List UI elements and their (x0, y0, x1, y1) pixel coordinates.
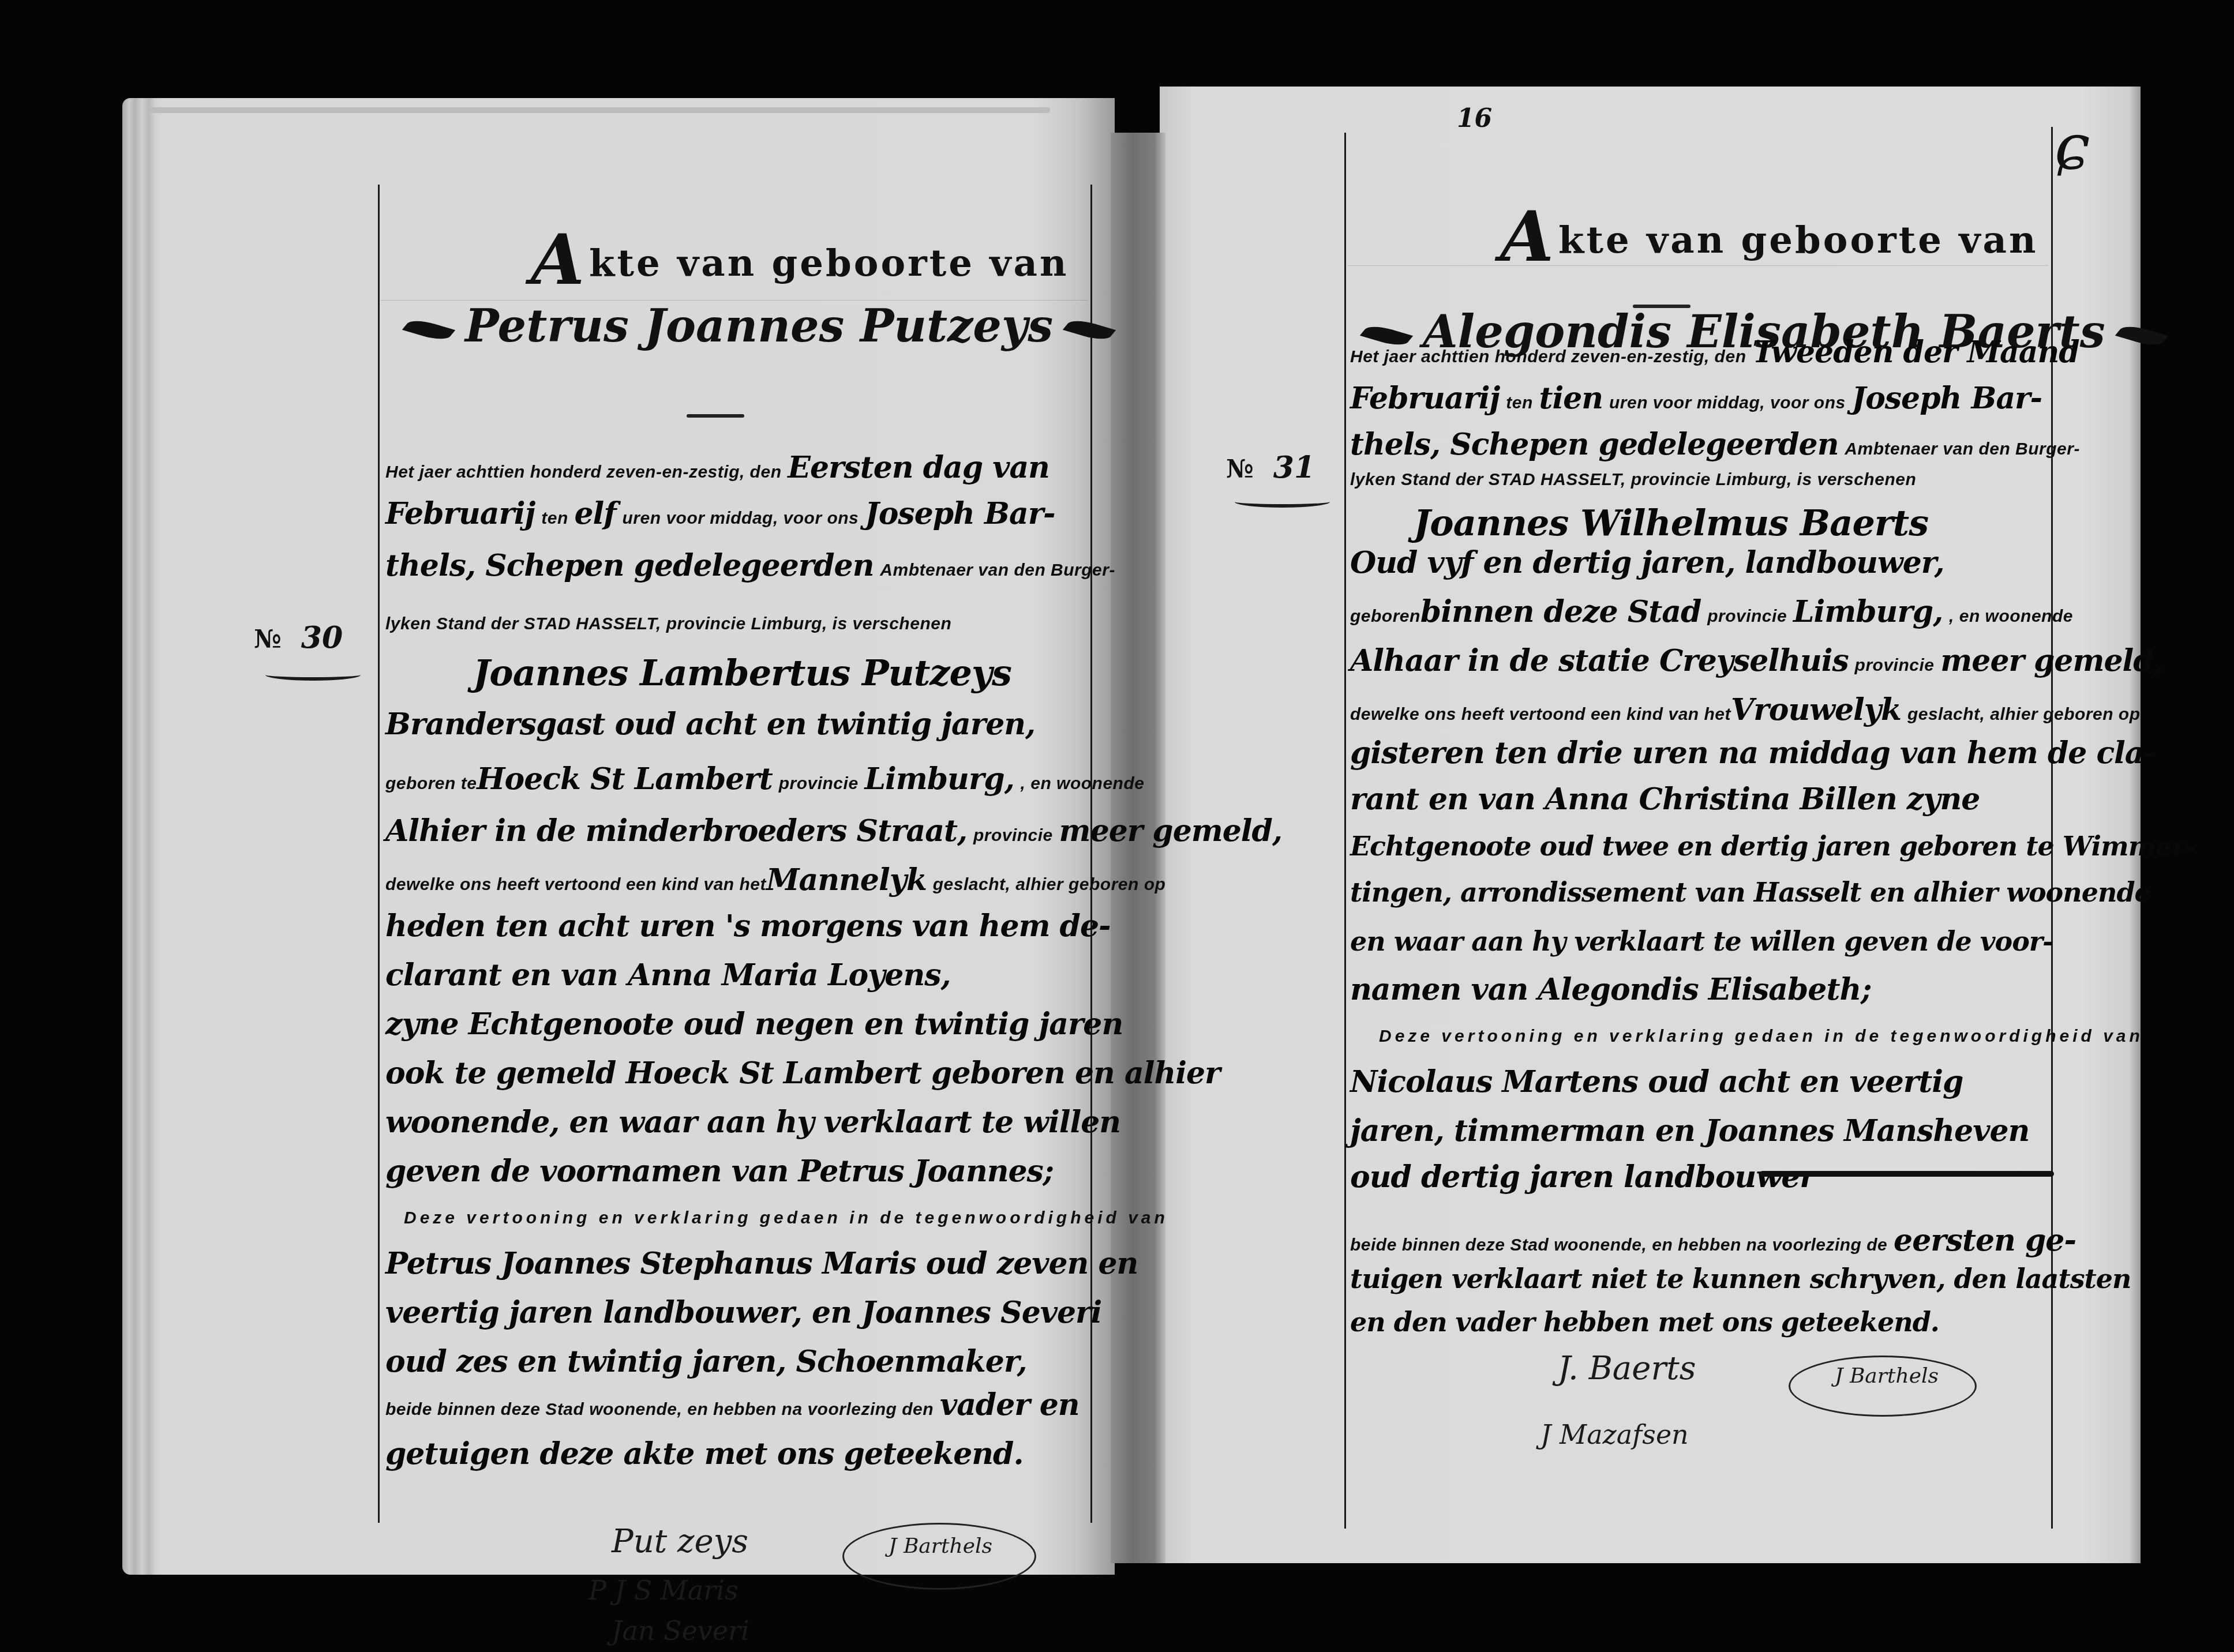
record-line: getuigen deze akte met ons geteekend. (385, 1436, 1024, 1471)
record-line: Oud vyf en dertig jaren, landbouwer, (1350, 545, 1944, 580)
record-line: thels, Schepen gedelegeerden Ambtenaer v… (385, 548, 1115, 583)
record-line: zyne Echtgenoote oud negen en twintig ja… (385, 1007, 1123, 1042)
folio-mark: ɕ (2054, 110, 2090, 183)
record-line: Petrus Joannes Stephanus Maris oud zeven… (385, 1246, 1138, 1281)
record-line: namen van Alegondis Elisabeth; (1350, 972, 1871, 1007)
record-line: en den vader hebben met ons geteekend. (1350, 1306, 1939, 1338)
divider-ornament (687, 414, 744, 418)
record-line: Het jaer achttien honderd zeven-en-zesti… (1350, 335, 2079, 370)
record-line: thels, Schepen gedelegeerden Ambtenaer v… (1350, 427, 2080, 462)
swash-ornament (402, 317, 455, 342)
record-line: Deze vertooning en verklaring gedaen in … (404, 1206, 1168, 1229)
signature-father: J. Baerts (1558, 1350, 1696, 1387)
record-line: jaren, timmerman en Joannes Mansheven (1350, 1113, 2029, 1148)
signature-witness-2: Jan Severi (612, 1615, 749, 1646)
title-dropcap: A (1500, 196, 1556, 277)
title-dropcap: A (531, 219, 587, 301)
record-line: Echtgenoote oud twee en dertig jaren geb… (1350, 831, 2196, 862)
signature-witness-1: P J S Maris (589, 1575, 739, 1606)
record-line: beide binnen deze Stad woonende, en hebb… (1350, 1223, 2076, 1258)
record-line: lyken Stand der STAD HASSELT, provincie … (385, 611, 951, 634)
line-filler-bar (1760, 1171, 2054, 1177)
record-line: Joannes Wilhelmus Baerts (1414, 502, 1928, 544)
record-line: woonende, en waar aan hy verklaart te wi… (385, 1105, 1120, 1140)
record-line: dewelke ons heeft vertoond een kind van … (1350, 692, 2140, 727)
page-number: 16 (1457, 104, 1492, 133)
left-record-title: Akte van geboorte van (531, 219, 1069, 301)
record-line: tingen, arrondissement van Hasselt en al… (1350, 877, 2151, 908)
brace-ornament (1235, 496, 1330, 508)
record-line: veertig jaren landbouwer, en Joannes Sev… (385, 1295, 1101, 1330)
record-line: beide binnen deze Stad woonende, en hebb… (385, 1387, 1079, 1422)
record-line: heden ten acht uren 's morgens van hem d… (385, 908, 1111, 944)
record-line: ook te gemeld Hoeck St Lambert geboren e… (385, 1056, 1220, 1091)
record-line: en waar aan hy verklaart te willen geven… (1350, 926, 2053, 957)
record-line: geven de voornamen van Petrus Joannes; (385, 1154, 1054, 1189)
record-line: lyken Stand der STAD HASSELT, provincie … (1350, 467, 1916, 490)
title-text: kte van geboorte van (589, 242, 1069, 285)
official-signature: J Barthels (1835, 1364, 1939, 1388)
record-line: oud zes en twintig jaren, Schoenmaker, (385, 1344, 1027, 1379)
official-signature: J Barthels (889, 1534, 992, 1558)
record-line: clarant en van Anna Maria Loyens, (385, 958, 951, 993)
swash-ornament (2115, 323, 2168, 348)
record-line: tuigen verklaart niet te kunnen schryven… (1350, 1263, 2131, 1294)
left-page-margin-rule (378, 185, 380, 1523)
signature-witness: J Mazafsen (1540, 1419, 1689, 1450)
record-line: gisteren ten drie uren na middag van hem… (1350, 735, 2156, 771)
left-page-top-edge (150, 107, 1050, 113)
right-page-margin-rule (1344, 133, 1346, 1529)
record-line: Deze vertooning en verklaring gedaen in … (1379, 1024, 2143, 1047)
record-line: Alhaar in de statie Creyselhuis provinci… (1350, 643, 2164, 678)
record-line: dewelke ons heeft vertoond een kind van … (385, 862, 1165, 898)
record-line: Brandersgast oud acht en twintig jaren, (385, 707, 1035, 742)
signature-father: Put zeys (612, 1523, 748, 1560)
record-line: rant en van Anna Christina Billen zyne (1350, 782, 1980, 817)
divider-ornament (1633, 305, 1691, 308)
record-line: Februarij ten tien uren voor middag, voo… (1350, 381, 2042, 416)
record-line: Alhier in de minderbroeders Straat, prov… (385, 813, 1282, 848)
record-line: oud dertig jaren landbouwer (1350, 1159, 1815, 1195)
record-line: Joannes Lambertus Putzeys (473, 652, 1011, 694)
right-record-title: Akte van geboorte van (1500, 196, 2038, 277)
left-subject-name: Petrus Joannes Putzeys (392, 300, 1126, 352)
right-record-number: №31 (1226, 450, 1315, 485)
record-line: geboren teHoeck St Lambert provincie Lim… (385, 761, 1144, 797)
brace-ornament (265, 669, 361, 681)
left-record-number: №30 (254, 620, 343, 655)
title-text: kte van geboorte van (1558, 219, 2038, 262)
record-line: Nicolaus Martens oud acht en veertig (1350, 1064, 1963, 1099)
swash-ornament (1063, 317, 1116, 342)
record-line: geborenbinnen deze Stad provincie Limbur… (1350, 594, 2073, 629)
record-line: Het jaer achttien honderd zeven-en-zesti… (385, 450, 1049, 485)
record-line: Februarij ten elf uren voor middag, voor… (385, 496, 1055, 531)
